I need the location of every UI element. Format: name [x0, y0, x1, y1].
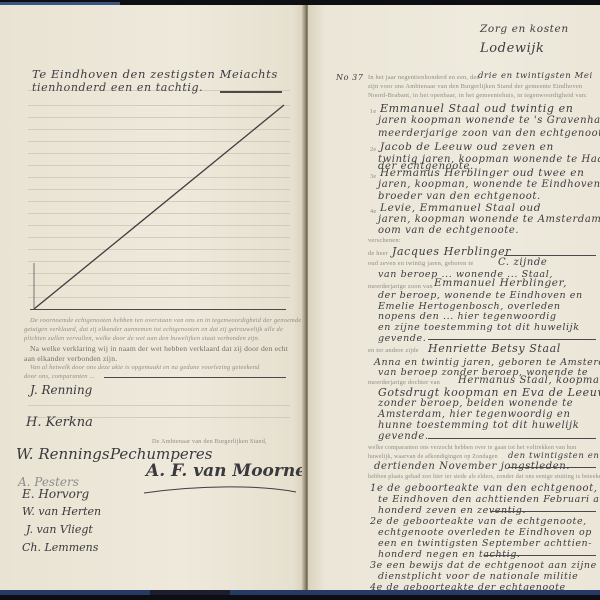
clause-line-2: getuigen verklaard, dat zij elkander aan…	[24, 326, 283, 333]
intro-line-1: In het jaar negentienhonderd en een, den	[368, 74, 480, 81]
clause-line-6: Van al hetwelk door ons deze akte is opg…	[30, 364, 260, 371]
doc-line-9: dienstplicht voor de nationale militie	[378, 571, 578, 582]
doc-fill-line	[490, 511, 596, 512]
doc-line-1: 1e de geboorteakte van den echtgenoot,	[370, 483, 598, 494]
groom-detail-3: Emmanuel Herblinger,	[434, 277, 567, 289]
groom-detail-4: der beroep, wonende te Eindhoven en	[378, 290, 583, 301]
margin-note-2: Lodewijk	[480, 41, 544, 56]
entry-3-line-2: jaren, koopman, wonende te Eindhoven,	[378, 179, 600, 190]
clause-line-1: De voornoemde echtgenooten hebben ten ov…	[30, 317, 301, 324]
minor-daughter-label: meerderjarige dochter van	[368, 379, 440, 386]
closing-line-2: tienhonderd een en tachtig.	[32, 81, 203, 94]
official-signature: A. F. van Moorne	[146, 461, 305, 481]
bottom-book-edge	[0, 590, 600, 600]
signature-9: Ch. Lemmens	[22, 541, 98, 554]
huwelijk-text: huwelijk, waarvan de afkondigingen op Zo…	[368, 454, 498, 460]
section-divider	[30, 309, 286, 310]
proclamation-fill-line	[508, 467, 596, 468]
record-number: No 37	[336, 73, 364, 82]
doc-line-4: 2e de geboorteakte van de echtgenoote,	[370, 516, 587, 527]
entry-4-line-2: jaren, koopman wonende te Amsterdam,	[378, 214, 600, 225]
bride-detail-5: zonder beroep, beiden wonende te	[378, 398, 573, 409]
clause-line-7: door ons, comparanten ...	[24, 373, 95, 380]
hebben-text: hebben plaats gehad zoo hier ter stede a…	[368, 474, 600, 480]
bride-detail-7: hunne toestemming tot dit huwelijk	[378, 420, 579, 431]
intro-line-3: Noord-Brabant, in het openbaar, in het g…	[368, 92, 587, 99]
groom-age-label: oud zeven en twintig jaren, geboren te	[368, 260, 473, 267]
clause-fill-line	[104, 377, 286, 378]
clause-line-4: Na welke verklaring wij in naam der wet …	[30, 344, 288, 353]
signature-6: E. Horvorg	[22, 487, 89, 501]
minor-label: meerderjarige zoon van	[368, 283, 433, 290]
signature-3: W. Rennings	[16, 445, 110, 463]
groom-detail-8: gevende.	[378, 333, 426, 344]
entry-prefix: 2e	[370, 146, 376, 153]
proclamation-dates: den twintigsten en	[508, 451, 599, 461]
entry-4-line-1: Levie, Emmanuel Staal oud	[380, 202, 541, 214]
signature-8: J. van Vliegt	[26, 523, 93, 536]
doc-line-2: te Eindhoven den achttienden Februari ac…	[378, 494, 600, 505]
verschenen-label: verschenen:	[368, 237, 401, 244]
bride-detail-6: Amsterdam, hier tegenwoordig en	[378, 409, 571, 420]
void-diagonal-stroke	[32, 103, 300, 311]
groom-fill-line	[504, 255, 596, 256]
doc-line-5: echtgenoote overleden te Eindhoven op	[378, 527, 592, 538]
doc-line-6: een en twintigsten September achttien-	[378, 538, 592, 549]
groom-detail-7: en zijne toestemming tot dit huwelijk	[378, 322, 580, 333]
entry-prefix: 1e	[370, 108, 376, 115]
groom-detail-6: nopens den ... hier tegenwoordig	[378, 311, 557, 322]
clause-line-5: aan elkander verbonden zijn.	[24, 354, 117, 363]
margin-note-1: Zorg en kosten	[480, 23, 569, 35]
groom-label: de heer	[368, 250, 388, 257]
intro-line-2: zijn voor ons Ambtenaar van den Burgerli…	[368, 83, 582, 90]
groom-name: Jacques Herblinger	[392, 245, 511, 258]
closing-line-1: Te Eindhoven den zestigsten Meiachts	[32, 67, 278, 81]
official-label: De Ambtenaar van den Burgerlijken Stand,	[152, 438, 267, 445]
right-page: Zorg en kosten Lodewijk No 37 In het jaa…	[308, 5, 600, 590]
entry-3-line-3: broeder van den echtgenoot.	[378, 191, 541, 202]
open-register-book: Te Eindhoven den zestigsten Meiachts tie…	[0, 0, 600, 600]
signature-2: H. Kerkna	[26, 415, 93, 430]
bride-detail-8: gevende.	[378, 431, 429, 442]
doc-fill-line	[484, 555, 596, 556]
entry-4-line-3: oom van de echtgenoote.	[378, 225, 519, 236]
signature-1: J. Renning	[30, 383, 92, 397]
entry-1-line-3: meerderjarige zoon van den echtgenoot	[378, 128, 600, 139]
signature-7: W. van Herten	[22, 505, 101, 518]
bride-detail-3: Hermanus Staal, koopman,	[458, 375, 600, 386]
groom-detail-1: C. zijnde	[498, 257, 547, 268]
bride-name-line: Henriette Betsy Staal	[428, 342, 561, 355]
entry-prefix: 3e	[370, 173, 376, 180]
left-page: Te Eindhoven den zestigsten Meiachts tie…	[0, 5, 305, 590]
entry-3-line-1: Hermanus Herblinger oud twee en	[380, 167, 584, 179]
groom-end-line	[428, 339, 596, 340]
entry-1-line-2: jaren koopman wonende te 's Gravenhage	[378, 115, 600, 126]
doc-line-11: 4e de geboorteakte der echtgenoote	[370, 582, 566, 590]
other-side-printed: en ter andere zijde	[368, 347, 419, 354]
bride-end-line	[428, 438, 596, 439]
entry-2-line-1: Jacob de Leeuw oud zeven en	[380, 141, 554, 153]
intro-date: drie en twintigsten Mei	[478, 71, 593, 81]
entry-prefix: 4e	[370, 208, 376, 215]
cover-cloth-shadow	[150, 590, 230, 595]
clause-line-3: plichten zullen vervullen, welke door de…	[24, 335, 260, 342]
doc-line-8: 3e een bewijs dat de echtgenoot aan zijn…	[370, 560, 597, 571]
entry-1-line-1: Emmanuel Staal oud twintig en	[380, 102, 573, 115]
fill-line	[220, 91, 282, 93]
cover-cloth	[0, 590, 600, 595]
signature-flourish	[140, 483, 300, 497]
